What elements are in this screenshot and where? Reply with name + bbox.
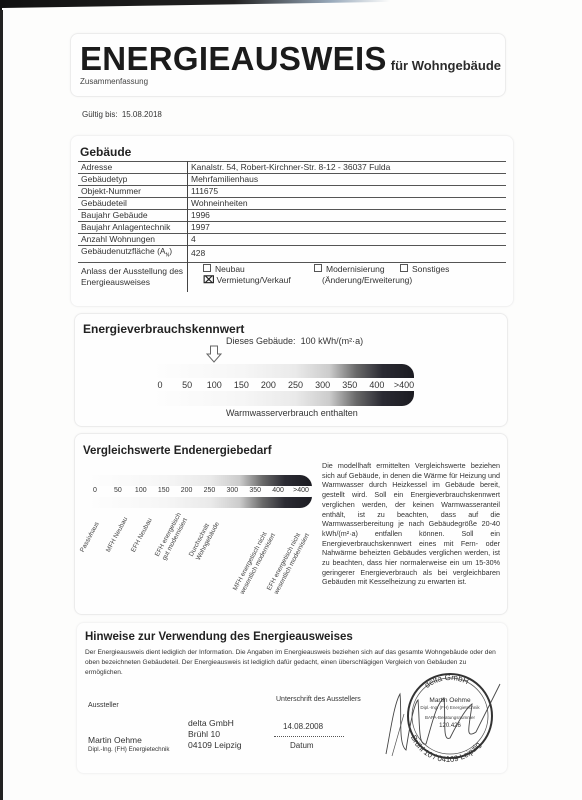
anlass-options: Neubau⌧Vermietung/VerkaufModernisierung(… <box>188 262 507 292</box>
anlass-option-vermietung-verkauf[interactable]: ⌧Vermietung/Verkauf <box>203 275 291 286</box>
building-value: Dieses Gebäude: 100 kWh/(m²·a) <box>226 336 363 346</box>
hinweise-title: Hinweise zur Verwendung des Energieauswe… <box>85 631 353 643</box>
anlass-option-sonstiges[interactable]: Sonstiges <box>400 264 449 275</box>
row-label: Baujahr Gebäude <box>78 210 188 222</box>
svg-text:120.426: 120.426 <box>439 723 461 729</box>
anlass-option-änderung-erweiterung: (Änderung/Erweiterung) <box>322 275 412 286</box>
row-value: 4 <box>188 234 507 246</box>
scale-tick: 350 <box>249 487 261 494</box>
row-label: Objekt-Nummer <box>78 186 188 198</box>
scale-tick: 150 <box>158 487 170 494</box>
svg-text:Martin Oehme: Martin Oehme <box>429 697 471 704</box>
company-stamp: delta GmbH Brühl 10 / 04109 Leipzig Mart… <box>384 664 504 769</box>
issuer-title: Dipl.-Ing. (FH) Energietechnik <box>88 746 170 753</box>
warmwasser-note: Warmwasserverbrauch enthalten <box>226 408 358 418</box>
table-row: Anzahl Wohnungen4 <box>78 234 506 246</box>
scale-tick: 150 <box>234 380 249 390</box>
checkbox-icon[interactable] <box>203 264 211 272</box>
scale-tick: 300 <box>315 380 330 390</box>
subtitle: Zusammenfassung <box>80 77 148 86</box>
row-label: Gebäudenutzfläche (AN) <box>78 246 188 263</box>
scale-tick: 200 <box>261 380 276 390</box>
row-label: Baujahr Anlagentechnik <box>78 222 188 234</box>
energieverbrauch-title: Energieverbrauchskennwert <box>83 322 244 336</box>
anlass-option-neubau[interactable]: Neubau <box>203 264 245 275</box>
svg-text:delta GmbH: delta GmbH <box>423 673 470 690</box>
table-row: Baujahr Gebäude1996 <box>78 210 506 222</box>
row-label: Anzahl Wohnungen <box>78 234 188 246</box>
anlass-label: Anlass der Ausstellung des Energieauswei… <box>78 262 188 292</box>
scan-edge-left <box>0 10 3 800</box>
issuer-name: Martin Oehme <box>88 735 142 745</box>
row-label: Gebäudetyp <box>78 174 188 186</box>
checked-checkbox-icon[interactable]: ⌧ <box>203 275 215 286</box>
document-title: ENERGIEAUSWEISfür Wohngebäude <box>80 40 501 78</box>
aussteller-label: Aussteller <box>88 702 119 709</box>
vergleichswerte-description: Die modellhaft ermittelten Vergleichswer… <box>322 461 500 587</box>
title-main: ENERGIEAUSWEIS <box>80 40 387 77</box>
scale-tick: 50 <box>114 487 122 494</box>
scale-tick: 200 <box>181 487 193 494</box>
table-row: GebäudetypMehrfamilienhaus <box>78 174 506 186</box>
row-value: Mehrfamilienhaus <box>188 174 507 186</box>
table-row: Objekt-Nummer111675 <box>78 186 506 198</box>
signature-label: Unterschrift des Ausstellers <box>276 696 361 703</box>
scale-tick: 400 <box>272 487 284 494</box>
row-value: 1997 <box>188 222 507 234</box>
gebaeude-title: Gebäude <box>80 145 131 159</box>
row-label: Gebäudeteil <box>78 198 188 210</box>
scale-tick: 0 <box>157 380 162 390</box>
svg-text:Brühl 10 / 04109 Leipzig: Brühl 10 / 04109 Leipzig <box>409 734 483 764</box>
row-label: Adresse <box>78 162 188 174</box>
valid-until: Gültig bis: 15.08.2018 <box>80 110 162 119</box>
anlass-option-modernisierung[interactable]: Modernisierung <box>314 264 385 275</box>
scale-tick: 400 <box>369 380 384 390</box>
row-value: Wohneinheiten <box>188 198 507 210</box>
row-value: 111675 <box>188 186 507 198</box>
company-address: delta GmbH Brühl 10 04109 Leipzig <box>188 718 242 751</box>
table-row: Baujahr Anlagentechnik1997 <box>78 222 506 234</box>
scale-tick: 0 <box>93 487 97 494</box>
scale-tick: 50 <box>182 380 192 390</box>
date-line <box>274 736 344 737</box>
gebaeude-table: AdresseKanalstr. 54, Robert-Kirchner-Str… <box>78 161 506 292</box>
table-row: AdresseKanalstr. 54, Robert-Kirchner-Str… <box>78 162 506 174</box>
scale-tick: 100 <box>135 487 147 494</box>
scale-tick: 100 <box>207 380 222 390</box>
checkbox-icon[interactable] <box>314 264 322 272</box>
table-row: Gebäudenutzfläche (AN)428 <box>78 246 506 263</box>
scale-tick: 300 <box>226 487 238 494</box>
scale-tick: 250 <box>288 380 303 390</box>
vergleichswerte-title: Vergleichswerte Endenergiebedarf <box>83 445 272 457</box>
title-suffix: für Wohngebäude <box>391 58 501 73</box>
scale-tick: >400 <box>293 487 309 494</box>
scale-tick: 350 <box>342 380 357 390</box>
date-label: Datum <box>290 741 314 750</box>
scale-tick: >400 <box>394 380 414 390</box>
checkbox-icon[interactable] <box>400 264 408 272</box>
issue-date: 14.08.2008 <box>283 722 323 731</box>
anlass-row: Anlass der Ausstellung des Energieauswei… <box>78 262 506 292</box>
valid-date: 15.08.2018 <box>122 110 162 119</box>
row-value: Kanalstr. 54, Robert-Kirchner-Str. 8-12 … <box>188 162 507 174</box>
row-value: 428 <box>188 246 507 263</box>
scale-tick: 250 <box>204 487 216 494</box>
table-row: GebäudeteilWohneinheiten <box>78 198 506 210</box>
svg-text:BAFA-Beratungsnummer: BAFA-Beratungsnummer <box>425 715 476 720</box>
row-value: 1996 <box>188 210 507 222</box>
